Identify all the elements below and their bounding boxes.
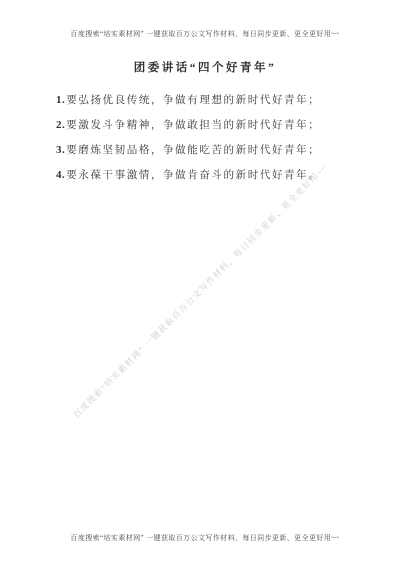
list-item-text: 要磨炼坚韧品格，争做能吃苦的新时代好青年；: [66, 138, 320, 163]
list-item-text: 要永葆干事激情，争做肯奋斗的新时代好青年。: [66, 163, 320, 188]
list-item-number: 2.: [56, 113, 65, 138]
document-title: 团委讲话“四个好青年”: [0, 59, 410, 75]
list-item-4: 4. 要永葆干事激情，争做肯奋斗的新时代好青年。: [56, 163, 370, 188]
footer-promo-note: 百度搜索“培实素材网” 一键获取百万公文写作材料，每日同步更新、更全更好用~~: [0, 533, 410, 543]
list-item-text: 要激发斗争精神，争做敢担当的新时代好青年；: [66, 113, 320, 138]
diagonal-watermark: 百度搜索“培实素材网” 一键获取百万公文写作材料，每日同步更新、更全更好用~~: [70, 161, 329, 420]
numbered-list: 1. 要弘扬优良传统，争做有理想的新时代好青年； 2. 要激发斗争精神，争做敢担…: [56, 88, 370, 188]
list-item-2: 2. 要激发斗争精神，争做敢担当的新时代好青年；: [56, 113, 370, 138]
list-item-number: 4.: [56, 163, 65, 188]
list-item-1: 1. 要弘扬优良传统，争做有理想的新时代好青年；: [56, 88, 370, 113]
list-item-text: 要弘扬优良传统，争做有理想的新时代好青年；: [66, 88, 320, 113]
list-item-3: 3. 要磨炼坚韧品格，争做能吃苦的新时代好青年；: [56, 138, 370, 163]
list-item-number: 3.: [56, 138, 65, 163]
header-promo-note: 百度搜索“培实素材网” 一键获取百万公文写作材料，每日同步更新、更全更好用~~: [0, 29, 410, 39]
document-page: 百度搜索“培实素材网” 一键获取百万公文写作材料，每日同步更新、更全更好用~~ …: [0, 0, 410, 580]
list-item-number: 1.: [56, 88, 65, 113]
